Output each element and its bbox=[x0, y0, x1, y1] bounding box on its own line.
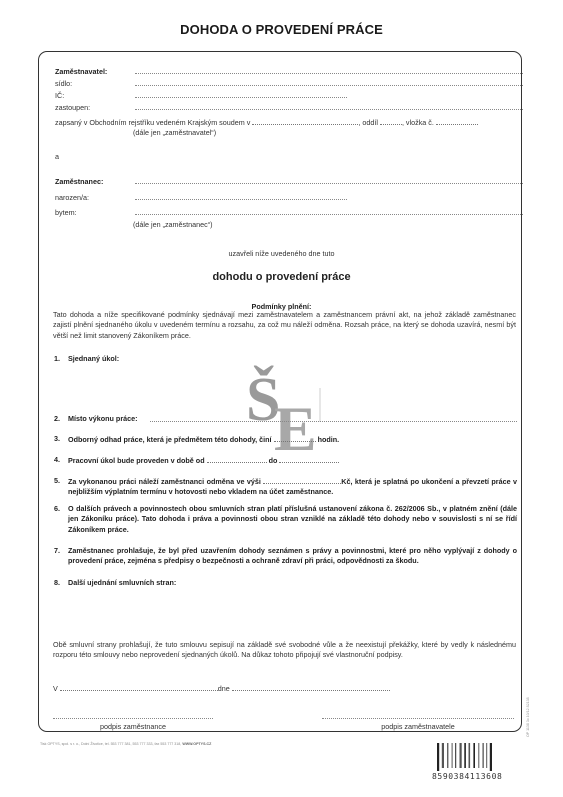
publisher-info: Tisk OPTYS, spol. s r. o., Dolní Životic… bbox=[40, 742, 211, 746]
employer-alias: (dále jen „zaměstnavatel“) bbox=[133, 128, 216, 137]
period-from-field[interactable] bbox=[207, 455, 267, 463]
form-code-vertical: OP 1138 3x 10/12 82138 bbox=[526, 697, 530, 737]
register-vlozka-field[interactable] bbox=[436, 117, 478, 125]
register-oddil-field[interactable] bbox=[380, 117, 402, 125]
date-field[interactable] bbox=[232, 683, 390, 691]
employer-id-label: IČ: bbox=[55, 91, 64, 100]
register-court-field[interactable] bbox=[252, 117, 358, 125]
agreement-title: dohodu o provedení práce bbox=[0, 271, 563, 284]
document-title: DOHODA O PROVEDENÍ PRÁCE bbox=[0, 22, 563, 37]
item-3: 3. Odborný odhad práce, která je předmět… bbox=[54, 434, 517, 446]
employer-seat-field[interactable] bbox=[135, 85, 523, 86]
employee-birth-field[interactable] bbox=[135, 199, 347, 200]
employee-address-label: bytem: bbox=[55, 208, 77, 217]
employee-name-field[interactable] bbox=[135, 183, 523, 184]
item-8: 8. Další ujednání smluvních stran: bbox=[54, 578, 517, 590]
declaration-text: Obě smluvní strany prohlašují, že tuto s… bbox=[53, 640, 516, 661]
item-7: 7. Zaměstnanec prohlašuje, že byl před u… bbox=[54, 546, 517, 568]
item-6: 6. O dalších právech a povinnostech obou… bbox=[54, 504, 517, 536]
reward-amount-field[interactable] bbox=[263, 476, 341, 484]
place-field[interactable] bbox=[60, 683, 218, 691]
work-place-field[interactable] bbox=[150, 421, 517, 422]
place-label: V bbox=[53, 684, 58, 693]
employer-id-field[interactable] bbox=[135, 97, 347, 98]
register-vlozka-label: , vložka č. bbox=[402, 118, 434, 127]
barcode-graphic bbox=[436, 743, 522, 771]
employer-name-field[interactable] bbox=[135, 73, 523, 74]
place-date-line: V dne bbox=[53, 683, 390, 693]
conditions-text: Tato dohoda a níže specifikované podmínk… bbox=[53, 310, 516, 341]
employer-representative-field[interactable] bbox=[135, 109, 523, 110]
employee-birth-label: narozen/a: bbox=[55, 193, 89, 202]
conjunction: a bbox=[55, 152, 59, 161]
item-1: 1. Sjednaný úkol: bbox=[54, 354, 517, 366]
register-oddil-label: , oddíl bbox=[358, 118, 378, 127]
employee-signature-field[interactable] bbox=[53, 718, 213, 719]
item-1-task-area[interactable] bbox=[68, 366, 517, 408]
hours-estimate-field[interactable] bbox=[274, 434, 316, 442]
date-label: dne bbox=[218, 684, 230, 693]
employer-signature-label: podpis zaměstnavatele bbox=[322, 722, 514, 731]
employer-signature-field[interactable] bbox=[322, 718, 514, 719]
register-prefix: zapsaný v Obchodním rejstříku vedeném Kr… bbox=[55, 118, 250, 127]
item-5: 5. Za vykonanou práci náleží zaměstnanci… bbox=[54, 476, 517, 498]
concluded-text: uzavřeli níže uvedeného dne tuto bbox=[0, 249, 563, 258]
employee-address-field[interactable] bbox=[135, 214, 523, 215]
employer-representative-label: zastoupen: bbox=[55, 103, 90, 112]
employer-seat-label: sídlo: bbox=[55, 79, 72, 88]
publisher-website: WWW.OPTYS.CZ bbox=[182, 742, 211, 746]
barcode-number: 8590384113608 bbox=[432, 772, 502, 781]
employee-alias: (dále jen „zaměstnanec“) bbox=[133, 220, 213, 229]
period-to-field[interactable] bbox=[279, 455, 339, 463]
item-4: 4. Pracovní úkol bude proveden v době od… bbox=[54, 455, 517, 467]
employee-heading: Zaměstnanec: bbox=[55, 177, 103, 186]
item-8-arrangements-area[interactable] bbox=[68, 590, 517, 634]
item-2: 2. Místo výkonu práce: bbox=[54, 414, 517, 426]
employee-signature-label: podpis zaměstnance bbox=[53, 722, 213, 731]
employer-heading: Zaměstnavatel: bbox=[55, 67, 107, 76]
employer-register-line: zapsaný v Obchodním rejstříku vedeném Kr… bbox=[55, 117, 478, 127]
